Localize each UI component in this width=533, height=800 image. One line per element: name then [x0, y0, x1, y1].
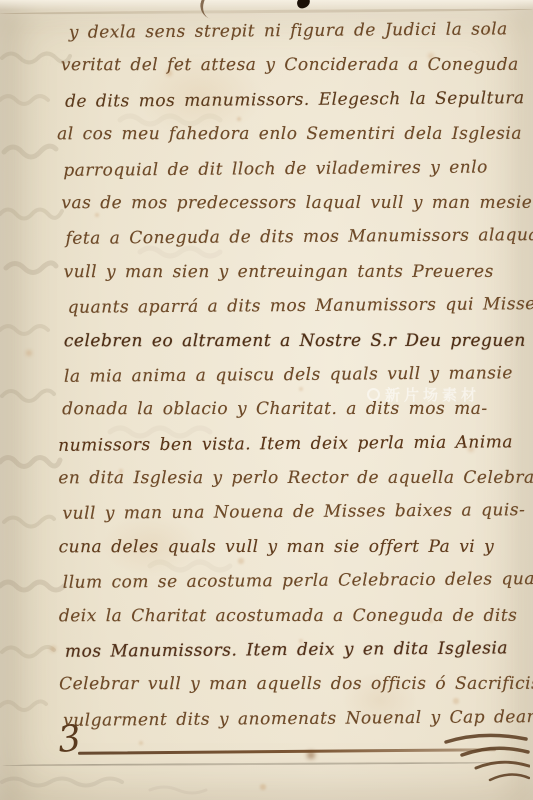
- manuscript-line: vas de mos predecessors laqual vull y ma…: [61, 186, 525, 221]
- manuscript-line: deix la Charitat acostumada a Coneguda d…: [59, 598, 527, 633]
- manuscript-line: celebren eo altrament a Nostre S.r Deu p…: [64, 323, 526, 358]
- manuscript-line: Celebrar vull y man aquells dos officis …: [59, 667, 527, 702]
- manuscript-line: y dexla sens strepit ni figura de Judici…: [69, 12, 525, 50]
- manuscript-line: vull y man sien y entreuingan tants Preu…: [64, 255, 526, 290]
- foxing-spots: [0, 0, 2, 2]
- pen-flourish-icon: [440, 728, 530, 788]
- manuscript-line: llum com se acostuma perla Celebracio de…: [63, 562, 527, 600]
- manuscript-line: numissors ben vista. Item deix perla mia…: [58, 425, 526, 463]
- manuscript-line: feta a Coneguda de dits mos Manumissors …: [65, 219, 525, 257]
- manuscript-line: cuna deles quals vull y man sie offert P…: [59, 530, 527, 565]
- stock-watermark: 新片场素材: [367, 384, 480, 405]
- manuscript-line: quants aparrá a dits mos Manumissors qui…: [68, 287, 526, 325]
- manuscript-text: y dexla sens strepit ni figura de Judici…: [55, 13, 528, 737]
- watermark-logo-icon: [367, 388, 380, 401]
- manuscript-line: veritat del fet attesa y Conciderada a C…: [61, 48, 525, 83]
- manuscript-line: de dits mos manumissors. Elegesch la Sep…: [65, 81, 525, 119]
- manuscript-page-photo: y dexla sens strepit ni figura de Judici…: [0, 0, 533, 800]
- manuscript-line: vull y man una Nouena de Misses baixes a…: [62, 494, 526, 532]
- manuscript-line: al cos meu fahedora enlo Sementiri dela …: [57, 117, 525, 152]
- watermark-text: 新片场素材: [385, 384, 480, 405]
- manuscript-line: en dita Isglesia y perlo Rector de aquel…: [58, 461, 526, 496]
- manuscript-line: parroquial de dit lloch de vilademires y…: [63, 150, 525, 188]
- manuscript-line: mos Manumissors. Item deix y en dita Isg…: [65, 631, 527, 669]
